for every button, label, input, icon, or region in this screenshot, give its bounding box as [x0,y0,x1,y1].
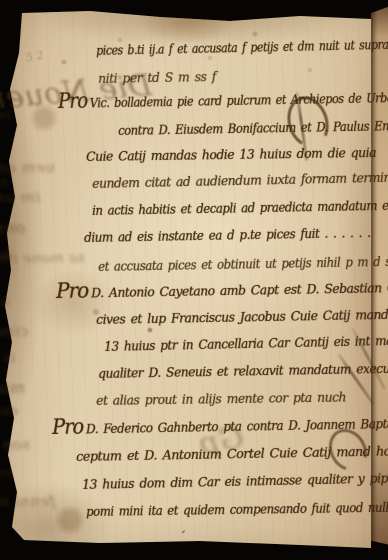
ink-bleedthrough: uns monamo se [0,295,10,312]
manuscript-line: niti per td S m ss f [98,70,216,87]
photo-backdrop: Die Nouembris 16 im nio ne m mo un im no… [0,0,388,560]
paragraph-initial: Pro [58,88,87,113]
adjacent-page-edge [371,5,388,546]
paragraph-initial: Pro [56,278,89,303]
paragraph-initial: Pro [52,414,84,439]
ink-bleedthrough: im nio ne m [0,108,11,126]
ink-bleedthrough: om fum ne him fuctons bunt due gab ahnn … [0,465,12,487]
